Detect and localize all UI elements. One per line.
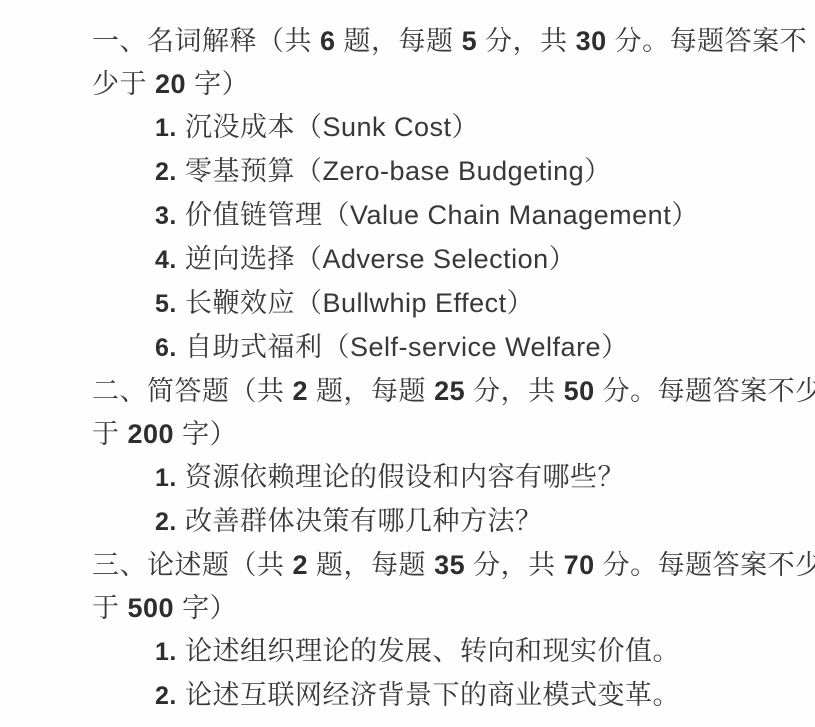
item-number: 5. bbox=[155, 283, 185, 326]
item-number: 1. bbox=[155, 457, 185, 500]
item-text: 改善群体决策有哪几种方法？ bbox=[185, 506, 543, 536]
item-number: 1. bbox=[155, 107, 185, 150]
item-number: 6. bbox=[155, 327, 185, 370]
section-essay-heading-line1: 三、论述题（共 2 题，每题 35 分，共 70 分。每题答案不少 bbox=[92, 544, 755, 587]
list-item: 1.沉没成本（Sunk Cost） bbox=[155, 106, 755, 150]
section-essay: 三、论述题（共 2 题，每题 35 分，共 70 分。每题答案不少 于 500 … bbox=[92, 544, 755, 718]
item-text: 资源依赖理论的假设和内容有哪些？ bbox=[185, 462, 625, 492]
item-text: 沉没成本（Sunk Cost） bbox=[185, 112, 479, 142]
item-text: 论述组织理论的发展、转向和现实价值。 bbox=[185, 636, 680, 666]
list-item: 1.资源依赖理论的假设和内容有哪些？ bbox=[155, 456, 755, 500]
item-text: 价值链管理（Value Chain Management） bbox=[185, 200, 699, 230]
list-item: 5.长鞭效应（Bullwhip Effect） bbox=[155, 282, 755, 326]
item-text: 自助式福利（Self-service Welfare） bbox=[185, 332, 629, 362]
list-item: 2.论述互联网经济背景下的商业模式变革。 bbox=[155, 674, 755, 718]
item-text: 零基预算（Zero-base Budgeting） bbox=[185, 156, 612, 186]
section-terms: 一、名词解释（共 6 题，每题 5 分，共 30 分。每题答案不 少于 20 字… bbox=[92, 20, 755, 370]
section-terms-heading-line2: 少于 20 字） bbox=[92, 63, 755, 106]
list-item: 2.改善群体决策有哪几种方法？ bbox=[155, 500, 755, 544]
list-item: 3.价值链管理（Value Chain Management） bbox=[155, 194, 755, 238]
item-number: 2. bbox=[155, 501, 185, 544]
exam-content: 一、名词解释（共 6 题，每题 5 分，共 30 分。每题答案不 少于 20 字… bbox=[0, 0, 815, 718]
item-number: 1. bbox=[155, 631, 185, 674]
section-short-answer-heading-line2: 于 200 字） bbox=[92, 413, 755, 456]
item-text: 论述互联网经济背景下的商业模式变革。 bbox=[185, 680, 680, 710]
section-terms-heading-line1: 一、名词解释（共 6 题，每题 5 分，共 30 分。每题答案不 bbox=[92, 20, 755, 63]
list-item: 2.零基预算（Zero-base Budgeting） bbox=[155, 150, 755, 194]
section-short-answer-heading-line1: 二、简答题（共 2 题，每题 25 分，共 50 分。每题答案不少 bbox=[92, 370, 755, 413]
item-number: 4. bbox=[155, 239, 185, 282]
section-short-answer: 二、简答题（共 2 题，每题 25 分，共 50 分。每题答案不少 于 200 … bbox=[92, 370, 755, 544]
item-text: 逆向选择（Adverse Selection） bbox=[185, 244, 576, 274]
section-essay-heading-line2: 于 500 字） bbox=[92, 587, 755, 630]
list-item: 4.逆向选择（Adverse Selection） bbox=[155, 238, 755, 282]
item-number: 2. bbox=[155, 675, 185, 718]
list-item: 6.自助式福利（Self-service Welfare） bbox=[155, 326, 755, 370]
list-item: 1.论述组织理论的发展、转向和现实价值。 bbox=[155, 630, 755, 674]
item-text: 长鞭效应（Bullwhip Effect） bbox=[185, 288, 534, 318]
exam-paper-page: 一、名词解释（共 6 题，每题 5 分，共 30 分。每题答案不 少于 20 字… bbox=[0, 0, 815, 727]
item-number: 3. bbox=[155, 195, 185, 238]
item-number: 2. bbox=[155, 151, 185, 194]
